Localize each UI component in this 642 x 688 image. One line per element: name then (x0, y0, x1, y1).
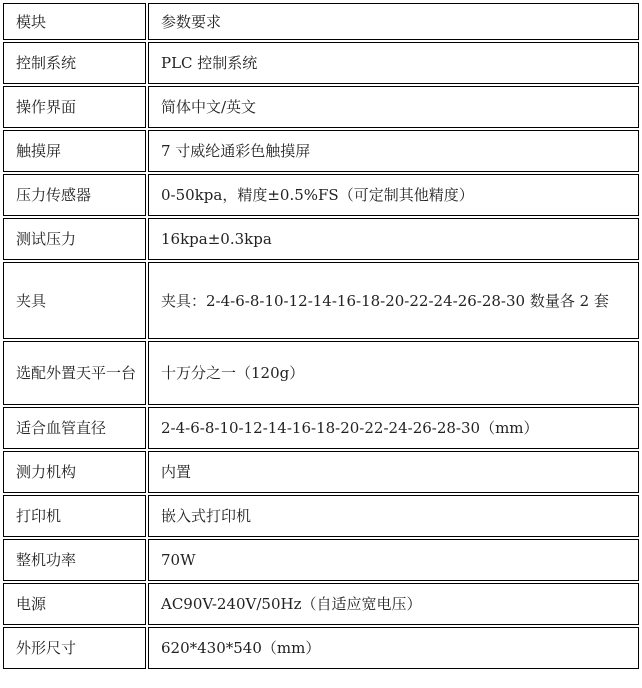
table-row: 适合血管直径 2-4-6-8-10-12-14-16-18-20-22-24-2… (3, 407, 639, 449)
table-row: 夹具 夹具：2-4-6-8-10-12-14-16-18-20-22-24-26… (3, 262, 639, 339)
row-module: 适合血管直径 (3, 407, 146, 449)
table-row: 外形尺寸 620*430*540（mm） (3, 627, 639, 669)
row-module: 触摸屏 (3, 130, 146, 172)
row-value: 16kpa±0.3kpa (148, 218, 639, 260)
spec-table: 模块 参数要求 控制系统 PLC 控制系统 操作界面 简体中文/英文 触摸屏 7… (1, 1, 641, 671)
table-row: 压力传感器 0-50kpa，精度±0.5%FS（可定制其他精度） (3, 174, 639, 216)
row-module: 操作界面 (3, 86, 146, 128)
row-value: PLC 控制系统 (148, 42, 639, 84)
table-row: 测力机构 内置 (3, 451, 639, 493)
table-row: 电源 AC90V-240V/50Hz（自适应宽电压） (3, 583, 639, 625)
row-value: 620*430*540（mm） (148, 627, 639, 669)
row-value: 内置 (148, 451, 639, 493)
row-value: 嵌入式打印机 (148, 495, 639, 537)
row-module: 选配外置天平一台 (3, 341, 146, 405)
row-module: 控制系统 (3, 42, 146, 84)
row-module: 夹具 (3, 262, 146, 339)
table-row: 整机功率 70W (3, 539, 639, 581)
header-requirement: 参数要求 (148, 3, 639, 40)
row-value: 0-50kpa，精度±0.5%FS（可定制其他精度） (148, 174, 639, 216)
table-header-row: 模块 参数要求 (3, 3, 639, 40)
table-row: 控制系统 PLC 控制系统 (3, 42, 639, 84)
row-module: 打印机 (3, 495, 146, 537)
header-module: 模块 (3, 3, 146, 40)
table-row: 触摸屏 7 寸威纶通彩色触摸屏 (3, 130, 639, 172)
row-module: 测力机构 (3, 451, 146, 493)
row-value: 70W (148, 539, 639, 581)
row-value: 十万分之一（120g） (148, 341, 639, 405)
row-module: 测试压力 (3, 218, 146, 260)
table-row: 选配外置天平一台 十万分之一（120g） (3, 341, 639, 405)
row-value: AC90V-240V/50Hz（自适应宽电压） (148, 583, 639, 625)
table-row: 测试压力 16kpa±0.3kpa (3, 218, 639, 260)
table-row: 操作界面 简体中文/英文 (3, 86, 639, 128)
row-value: 2-4-6-8-10-12-14-16-18-20-22-24-26-28-30… (148, 407, 639, 449)
row-module: 整机功率 (3, 539, 146, 581)
row-module: 压力传感器 (3, 174, 146, 216)
row-value: 7 寸威纶通彩色触摸屏 (148, 130, 639, 172)
row-module: 电源 (3, 583, 146, 625)
table-row: 打印机 嵌入式打印机 (3, 495, 639, 537)
row-value: 夹具：2-4-6-8-10-12-14-16-18-20-22-24-26-28… (148, 262, 639, 339)
row-value: 简体中文/英文 (148, 86, 639, 128)
row-module: 外形尺寸 (3, 627, 146, 669)
